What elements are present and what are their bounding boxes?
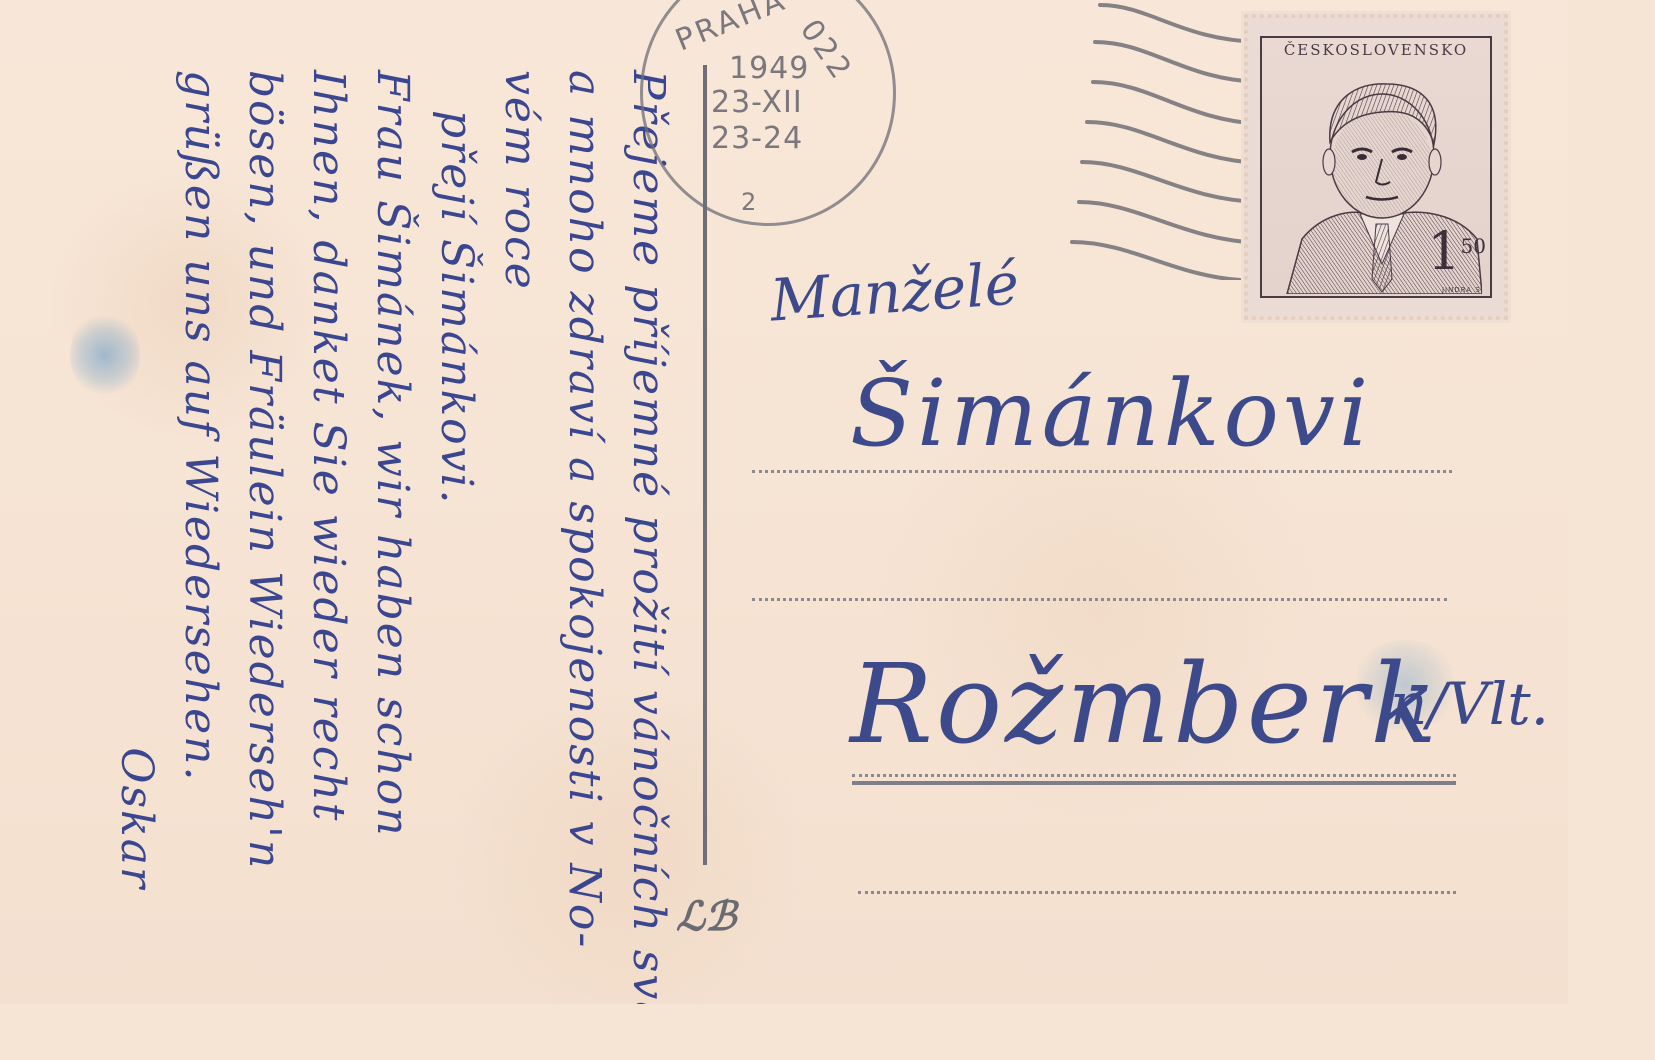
address-line-4	[858, 891, 1456, 894]
postage-stamp: ČESKOSLOVENSKO	[1244, 14, 1508, 320]
cancellation-wave-icon	[1000, 0, 1260, 280]
message-line: a mnoho zdraví a spokojenosti v No-	[552, 70, 616, 950]
address-town: Rožmberk	[850, 640, 1440, 768]
message-line: Ihnen, danket Sie wieder recht	[296, 70, 360, 950]
address-line-1	[752, 470, 1452, 473]
address-name: Šimánkovi	[850, 360, 1372, 467]
postmark-date: 23-XII	[711, 85, 803, 120]
message-line: přejí Šimánkovi.	[424, 70, 488, 950]
stamp-value-major: 1	[1427, 222, 1460, 282]
publisher-logo-icon: ℒℬ	[676, 893, 736, 940]
address-region: n/Vlt.	[1390, 670, 1549, 738]
message-line: Přejeme příjemné prožití vánočních svátk…	[616, 70, 680, 950]
postmark-city: PRAHA	[671, 0, 792, 59]
postmark-number: 2	[741, 188, 757, 216]
postmark-year: 1949	[729, 51, 809, 86]
message-line: grüßen uns auf Wiedersehen.	[168, 70, 232, 950]
postcard: Přejeme příjemné prožití vánočních svátk…	[0, 0, 1568, 1004]
address-line-3	[852, 774, 1456, 777]
address-line-2	[752, 598, 1447, 601]
message-line: vém roce	[488, 70, 552, 950]
message-line: bösen, und Fräulein Wiederseh'n	[232, 70, 296, 950]
message-line: Frau Šimánek, wir haben schon	[360, 70, 424, 950]
address-salutation: Manželé	[768, 249, 1021, 334]
stamp-country: ČESKOSLOVENSKO	[1268, 41, 1484, 59]
postmark-time: 23-24	[711, 121, 803, 156]
message-signature: Oskar	[104, 70, 168, 950]
stamp-value-minor: 50	[1461, 234, 1486, 258]
stamp-engraver: JINDRA S.	[1442, 286, 1484, 294]
stamp-value: 150	[1427, 226, 1486, 278]
handwritten-message: Přejeme příjemné prožití vánočních svátk…	[30, 50, 690, 990]
address-underline	[852, 781, 1456, 785]
